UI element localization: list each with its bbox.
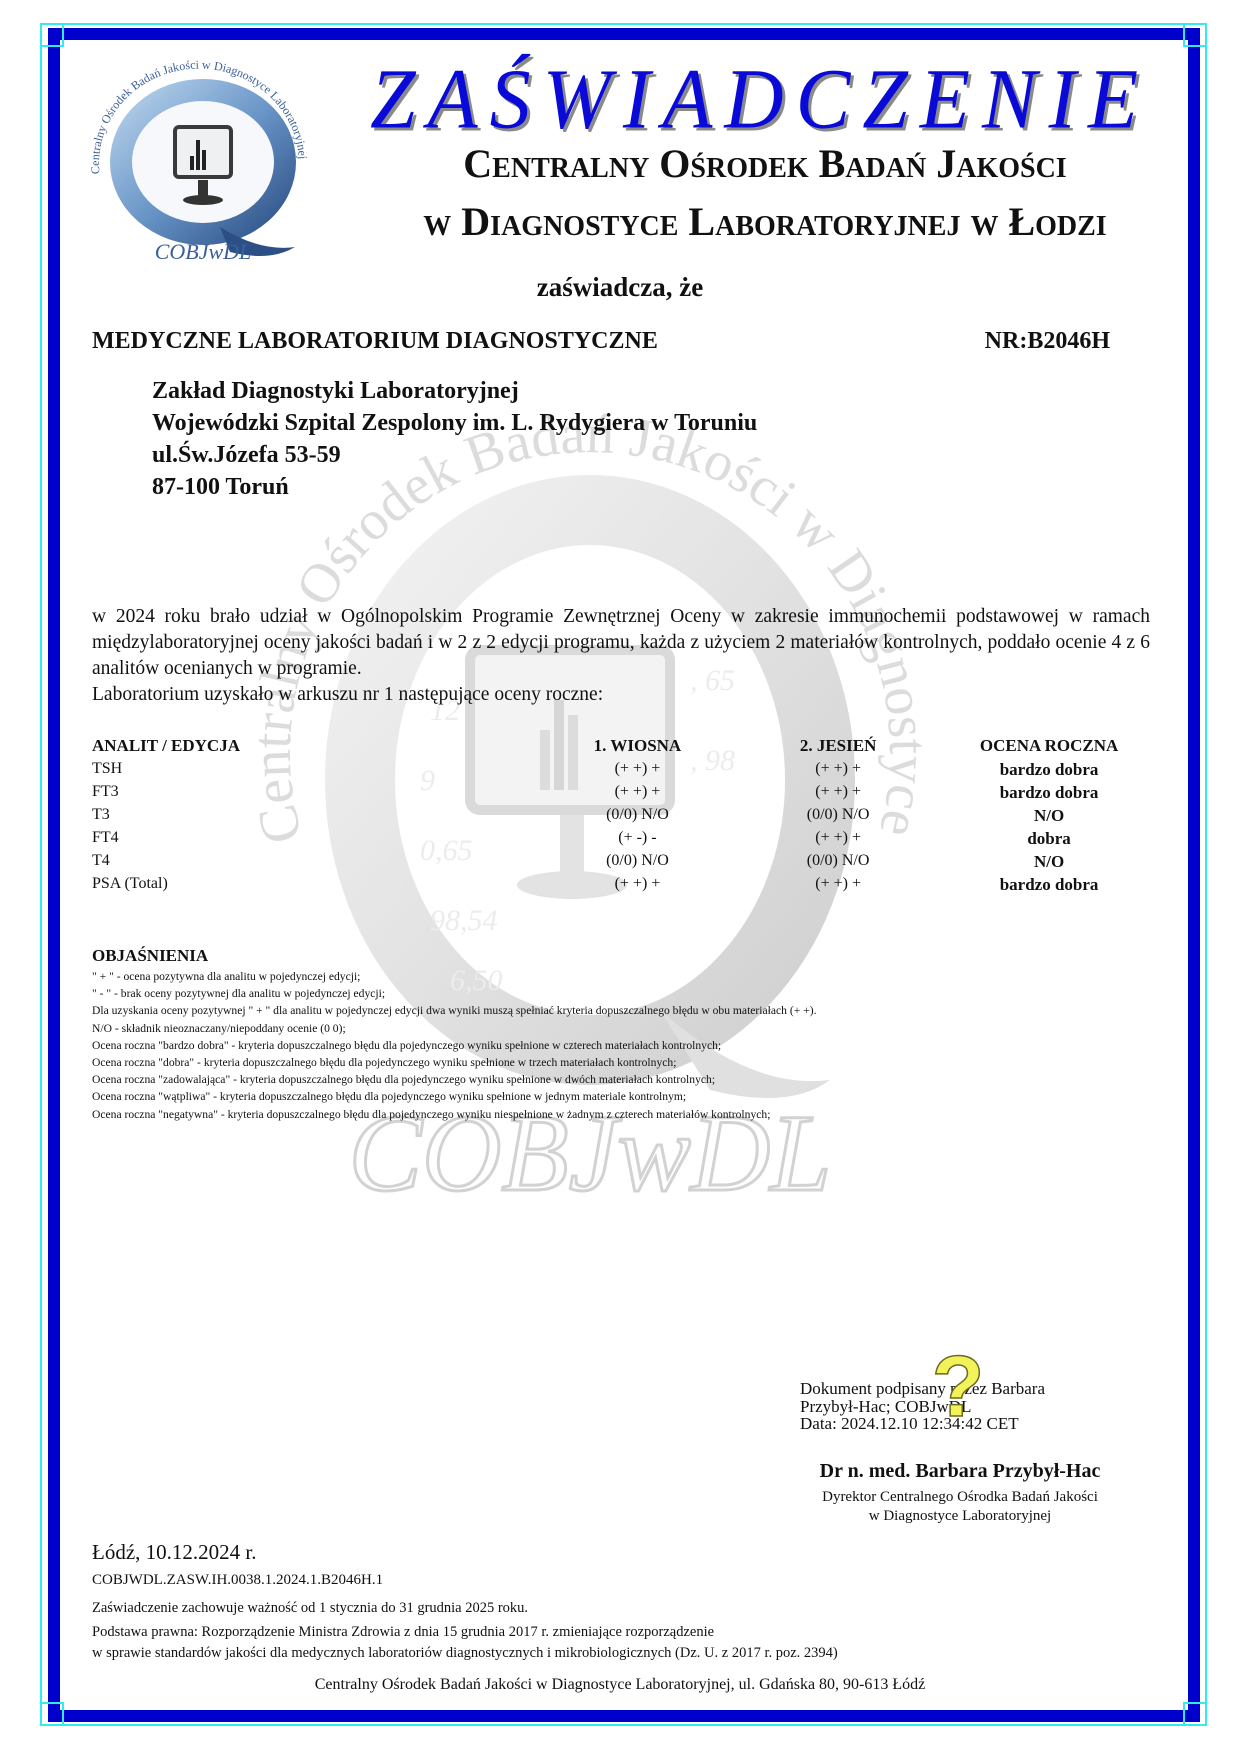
organization-logo-icon: Centralny Ośrodek Badań Jakości w Diagno… xyxy=(70,52,335,267)
validity-statement: Zaświadczenie zachowuje ważność od 1 sty… xyxy=(92,1600,528,1617)
spring-result-cell: (0/0) N/O xyxy=(545,852,730,875)
column-header-annual: OCENA ROCZNA xyxy=(946,736,1152,760)
participation-statement: w 2024 roku brało udział w Ogólnopolskim… xyxy=(92,604,1150,708)
border-corner xyxy=(1183,1702,1207,1726)
legal-basis: Podstawa prawna: Rozporządzenie Ministra… xyxy=(92,1622,838,1664)
table-header-row: ANALIT / EDYCJA 1. WIOSNA 2. JESIEŃ OCEN… xyxy=(92,736,1152,760)
annual-grade-cell: bardzo dobra xyxy=(946,760,1152,783)
organization-name-line1: Centralny Ośrodek Badań Jakości xyxy=(300,140,1230,187)
results-table: ANALIT / EDYCJA 1. WIOSNA 2. JESIEŃ OCEN… xyxy=(92,736,1152,898)
explanation-item: Ocena roczna "negatywna" - kryteria dopu… xyxy=(92,1106,1152,1123)
explanation-item: Ocena roczna "zadowalająca" - kryteria d… xyxy=(92,1071,1152,1088)
explanation-item: N/O - składnik nieoznaczany/niepoddany o… xyxy=(92,1020,1152,1037)
organization-address: Centralny Ośrodek Badań Jakości w Diagno… xyxy=(0,1676,1240,1694)
autumn-result-cell: (+ +) + xyxy=(730,760,946,783)
autumn-result-cell: (0/0) N/O xyxy=(730,806,946,829)
question-mark-signature-icon[interactable]: ? xyxy=(928,1344,988,1424)
address-line: Wojewódzki Szpital Zespolony im. L. Rydy… xyxy=(152,407,757,439)
explanation-item: " + " - ocena pozytywna dla analitu w po… xyxy=(92,968,1152,985)
address-line: 87-100 Toruń xyxy=(152,471,757,503)
analyte-cell: T4 xyxy=(92,852,545,875)
legal-basis-line: w sprawie standardów jakości dla medyczn… xyxy=(92,1643,838,1664)
analyte-cell: PSA (Total) xyxy=(92,875,545,898)
autumn-result-cell: (+ +) + xyxy=(730,783,946,806)
organization-name-line2: w Diagnostyce Laboratoryjnej w Łodzi xyxy=(300,198,1230,245)
border-corner xyxy=(40,23,64,47)
signatory-name: Dr n. med. Barbara Przybył-Hac xyxy=(780,1460,1140,1483)
participation-paragraph: w 2024 roku brało udział w Ogólnopolskim… xyxy=(92,604,1150,682)
svg-text:COBJwDL: COBJwDL xyxy=(155,239,252,264)
laboratory-number: NR:B2046H xyxy=(985,328,1110,355)
analyte-cell: T3 xyxy=(92,806,545,829)
column-header-spring: 1. WIOSNA xyxy=(545,736,730,760)
document-title: ZAŚWIADCZENIE xyxy=(320,50,1200,149)
explanation-item: " - " - brak oceny pozytywnej dla analit… xyxy=(92,985,1152,1002)
annual-grade-cell: N/O xyxy=(946,806,1152,829)
autumn-result-cell: (+ +) + xyxy=(730,875,946,898)
analyte-cell: TSH xyxy=(92,760,545,783)
analyte-cell: FT4 xyxy=(92,829,545,852)
annual-grade-cell: bardzo dobra xyxy=(946,783,1152,806)
signature-stamp-line: Dokument podpisany przez Barbara xyxy=(800,1380,1045,1398)
border-corner xyxy=(1183,23,1207,47)
signatory-role: Dyrektor Centralnego Ośrodka Badań Jakoś… xyxy=(780,1488,1140,1526)
laboratory-type: MEDYCZNE LABORATORIUM DIAGNOSTYCZNE xyxy=(92,328,658,355)
svg-text:?: ? xyxy=(932,1344,985,1424)
spring-result-cell: (+ +) + xyxy=(545,875,730,898)
table-row: T3(0/0) N/O(0/0) N/ON/O xyxy=(92,806,1152,829)
address-line: ul.Św.Józefa 53-59 xyxy=(152,439,757,471)
signature-stamp-line: Data: 2024.12.10 12:34:42 CET xyxy=(800,1415,1045,1433)
document-id: COBJWDL.ZASW.IH.0038.1.2024.1.B2046H.1 xyxy=(92,1572,383,1589)
address-line: Zakład Diagnostyki Laboratoryjnej xyxy=(152,375,757,407)
table-row: FT3(+ +) +(+ +) +bardzo dobra xyxy=(92,783,1152,806)
spring-result-cell: (+ -) - xyxy=(545,829,730,852)
explanations-list: " + " - ocena pozytywna dla analitu w po… xyxy=(92,968,1152,1123)
digital-signature-stamp: Dokument podpisany przez Barbara Przybył… xyxy=(800,1380,1045,1433)
legal-basis-line: Podstawa prawna: Rozporządzenie Ministra… xyxy=(92,1622,838,1643)
annual-grade-cell: N/O xyxy=(946,852,1152,875)
issue-place-date: Łódź, 10.12.2024 r. xyxy=(92,1540,256,1565)
certifies-phrase: zaświadcza, że xyxy=(0,272,1240,303)
column-header-analyte: ANALIT / EDYCJA xyxy=(92,736,545,760)
laboratory-address: Zakład Diagnostyki Laboratoryjnej Wojewó… xyxy=(152,375,757,503)
explanation-item: Dla uzyskania oceny pozytywnej " + " dla… xyxy=(92,1002,1152,1019)
column-header-autumn: 2. JESIEŃ xyxy=(730,736,946,760)
table-row: TSH(+ +) +(+ +) +bardzo dobra xyxy=(92,760,1152,783)
explanation-item: Ocena roczna "dobra" - kryteria dopuszcz… xyxy=(92,1054,1152,1071)
results-lead: Laboratorium uzyskało w arkuszu nr 1 nas… xyxy=(92,682,1150,708)
table-row: FT4(+ -) -(+ +) +dobra xyxy=(92,829,1152,852)
explanations: OBJAŚNIENIA " + " - ocena pozytywna dla … xyxy=(92,946,1152,1123)
explanation-item: Ocena roczna "wątpliwa" - kryteria dopus… xyxy=(92,1088,1152,1105)
signature-stamp-line: Przybył-Hac; COBJwDL xyxy=(800,1398,1045,1416)
spring-result-cell: (0/0) N/O xyxy=(545,806,730,829)
spring-result-cell: (+ +) + xyxy=(545,760,730,783)
annual-grade-cell: dobra xyxy=(946,829,1152,852)
explanations-heading: OBJAŚNIENIA xyxy=(92,946,1152,966)
signatory-role-line: Dyrektor Centralnego Ośrodka Badań Jakoś… xyxy=(780,1488,1140,1507)
signatory-role-line: w Diagnostyce Laboratoryjnej xyxy=(780,1507,1140,1526)
autumn-result-cell: (0/0) N/O xyxy=(730,852,946,875)
spring-result-cell: (+ +) + xyxy=(545,783,730,806)
border-corner xyxy=(40,1702,64,1726)
explanation-item: Ocena roczna "bardzo dobra" - kryteria d… xyxy=(92,1037,1152,1054)
table-row: T4(0/0) N/O(0/0) N/ON/O xyxy=(92,852,1152,875)
annual-grade-cell: bardzo dobra xyxy=(946,875,1152,898)
table-row: PSA (Total)(+ +) +(+ +) +bardzo dobra xyxy=(92,875,1152,898)
analyte-cell: FT3 xyxy=(92,783,545,806)
autumn-result-cell: (+ +) + xyxy=(730,829,946,852)
